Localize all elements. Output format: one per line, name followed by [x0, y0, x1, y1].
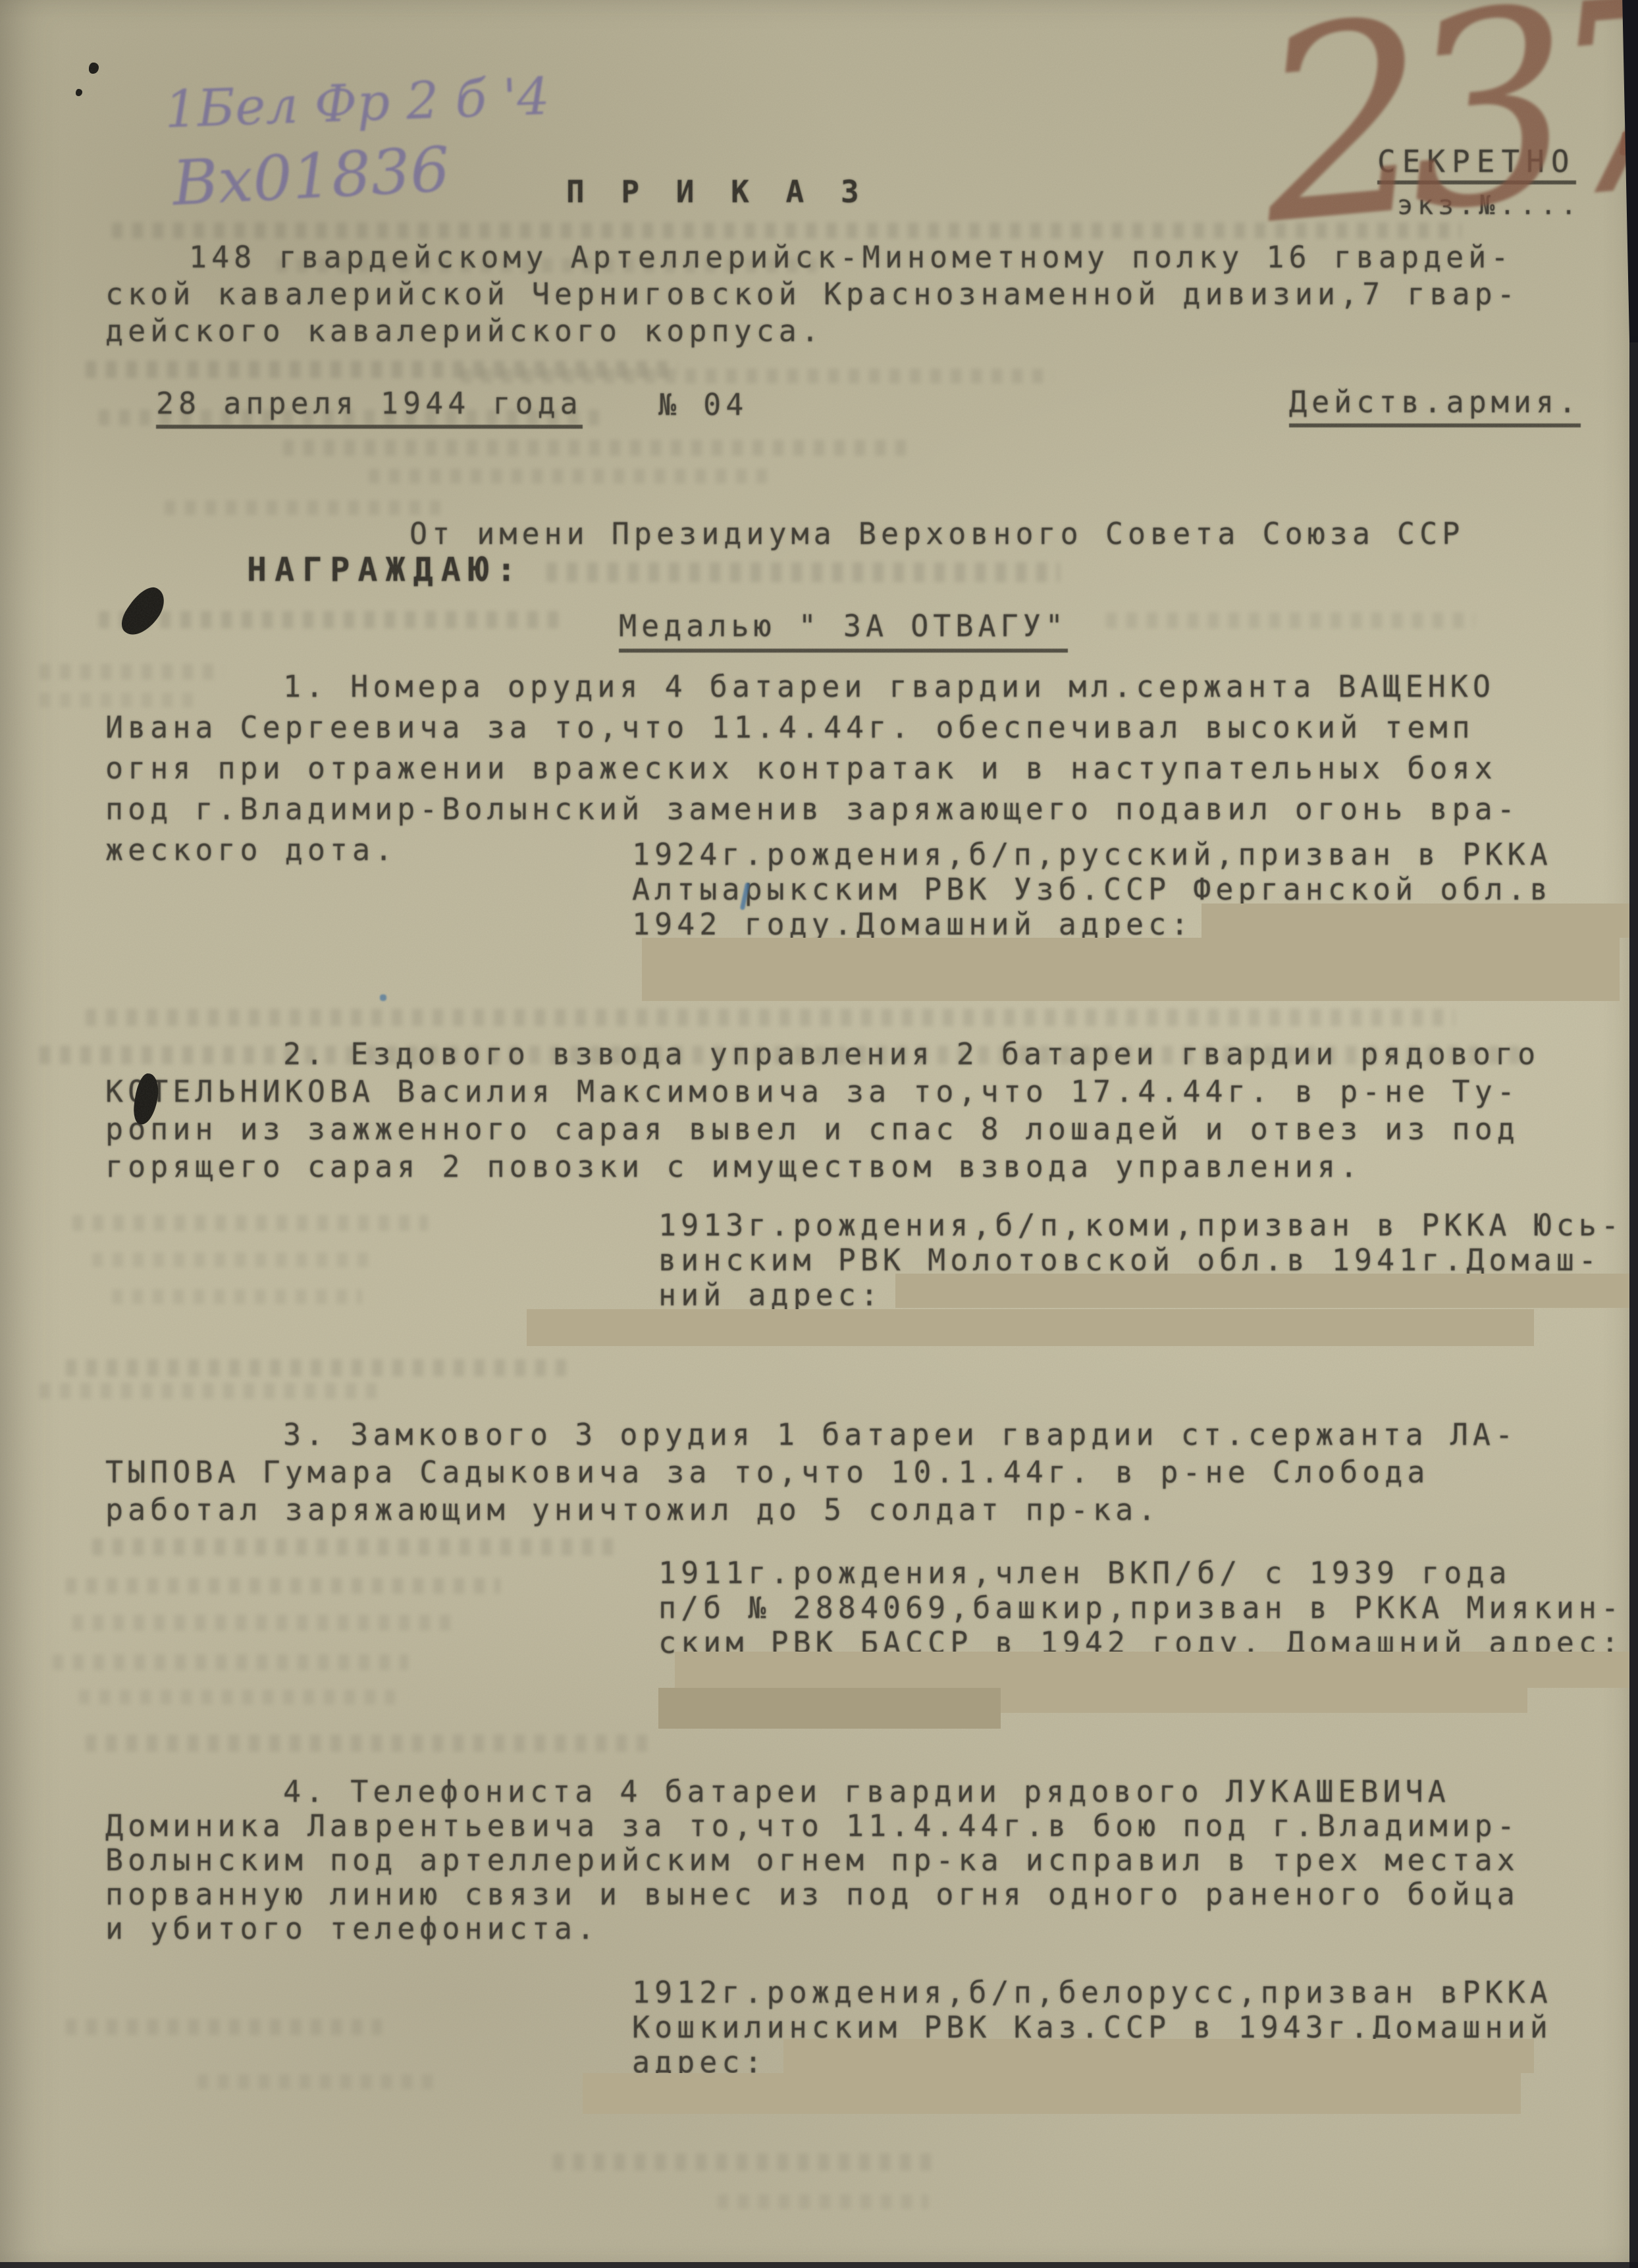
redaction-block: [642, 938, 1620, 1001]
item4-bio-line: Кошкилинским РВК Каз.ССР в 1943г.Домашни…: [632, 2012, 1552, 2042]
bleedthrough-text-smudge: [66, 1359, 566, 1376]
redaction-block: [583, 2073, 1521, 2114]
bleedthrough-text-smudge: [546, 562, 1060, 582]
item2-bio-line: винским РВК Молотовской обл.в 1941г.Дома…: [658, 1245, 1601, 1275]
item1-line: под г.Владимир-Волынский заменив заряжаю…: [105, 794, 1519, 824]
handwritten-page-number: 237: [1250, 0, 1638, 262]
item2-line: 2. Ездового взвода управления 2 батареи …: [283, 1039, 1540, 1069]
scan-edge-right: [1629, 336, 1638, 2268]
item4-bio-line: 1912г.рождения,б/п,белорусс,призван вРКК…: [632, 1978, 1552, 2007]
bleedthrough-text-smudge: [198, 2074, 435, 2089]
item3-line: ТЫПОВА Гумара Садыковича за то,что 10.1.…: [105, 1457, 1429, 1487]
item4-line: 4. Телефониста 4 батареи гвардии рядовог…: [283, 1777, 1450, 1806]
item4-line: и убитого телефониста.: [105, 1914, 599, 1943]
paper-hole: [89, 63, 99, 74]
addressee-line: ской кавалерийской Черниговской Краснозн…: [105, 279, 1519, 309]
item2-line: ропин из зажженного сарая вывел и спас 8…: [105, 1114, 1519, 1144]
redaction-block: [527, 1309, 1534, 1346]
redaction-block: [1001, 1688, 1527, 1713]
item1-line: огня при отражении вражеских контратак и…: [105, 753, 1497, 783]
document-page: 1Бел Фр 2 б '4 Вх01836 237 СЕКРЕТНО экз.…: [0, 0, 1638, 2268]
item4-line: Доминика Лаврентьевича за то,что 11.4.44…: [105, 1811, 1519, 1841]
item1-line: 1. Номера орудия 4 батареи гвардии мл.се…: [283, 672, 1495, 701]
bleedthrough-text-smudge: [369, 469, 777, 483]
bleedthrough-text-smudge: [165, 500, 441, 515]
bleedthrough-text-smudge: [66, 1578, 500, 1594]
order-number: № 04: [658, 390, 748, 419]
bleedthrough-text-smudge: [553, 2153, 935, 2171]
item2-bio-line: 1913г.рождения,б/п,коми,призван в РККА Ю…: [658, 1210, 1624, 1240]
bleedthrough-text-smudge: [86, 1009, 1455, 1026]
handwritten-incoming-number: Вх01836: [171, 139, 451, 215]
bleedthrough-text-smudge: [112, 1289, 362, 1304]
order-date: 28 апреля 1944 года: [156, 389, 583, 429]
handwritten-front-mark: 1Бел Фр 2 б '4: [164, 71, 550, 136]
item1-line: жеского дота.: [105, 835, 397, 865]
paper-hole: [76, 89, 82, 96]
scan-edge-bottom: [0, 2262, 1638, 2268]
item3-bio-line: п/б № 2884069,башкир,призван в РККА Мияк…: [658, 1593, 1624, 1623]
award-verb: НАГРАЖДАЮ:: [247, 553, 524, 586]
order-title: П Р И К А З: [566, 176, 868, 207]
item1-bio-line: 1924г.рождения,б/п,русский,призван в РКК…: [632, 840, 1552, 869]
item1-bio-line: 1942 году.Домашний адрес:: [632, 909, 1193, 939]
redaction-block: [675, 1652, 1638, 1688]
bleedthrough-text-smudge: [40, 1383, 382, 1399]
bleedthrough-text-smudge: [283, 440, 909, 456]
bleedthrough-text-smudge: [92, 1253, 369, 1267]
redaction-block: [1202, 904, 1638, 938]
item4-line: Волынским под артеллерийским огнем пр-ка…: [105, 1845, 1519, 1875]
bleedthrough-text-smudge: [72, 1615, 454, 1631]
medal-name: Медалью " ЗА ОТВАГУ": [619, 611, 1068, 653]
redaction-block: [895, 1274, 1638, 1308]
item2-line: КОТЕЛЬНИКОВА Василия Максимовича за то,ч…: [105, 1077, 1519, 1106]
bleedthrough-text-smudge: [53, 1654, 408, 1670]
item1-bio-line: Алтыарыкским РВК Узб.ССР Ферганской обл.…: [632, 875, 1552, 904]
item2-line: горящего сарая 2 повозки с имуществом вз…: [105, 1152, 1362, 1181]
item4-line: порванную линию связи и вынес из под огн…: [105, 1879, 1519, 1909]
bleedthrough-text-smudge: [99, 611, 560, 628]
army-note: Действ.армия.: [1289, 387, 1581, 427]
bleedthrough-text-smudge: [72, 1215, 428, 1231]
bleedthrough-text-smudge: [1106, 612, 1475, 628]
item3-line: 3. Замкового 3 орудия 1 батареи гвардии …: [283, 1420, 1518, 1449]
bleedthrough-text-smudge: [40, 664, 224, 680]
bleedthrough-text-smudge: [112, 223, 1462, 238]
redaction-block: [658, 1688, 1001, 1729]
bleedthrough-text-smudge: [66, 2019, 382, 2035]
preamble: От имени Президиума Верховного Совета Со…: [409, 519, 1464, 549]
item3-line: работал заряжающим уничтожил до 5 солдат…: [105, 1495, 1160, 1525]
bleedthrough-text-smudge: [86, 1735, 652, 1752]
bleedthrough-text-smudge: [461, 369, 1053, 383]
bleedthrough-text-smudge: [40, 693, 198, 707]
bleedthrough-text-smudge: [92, 1538, 619, 1555]
redaction-block: [783, 2039, 1534, 2073]
item1-line: Ивана Сергеевича за то,что 11.4.44г. обе…: [105, 713, 1475, 742]
item2-bio-line: ний адрес:: [658, 1280, 883, 1310]
item3-bio-line: 1911г.рождения,член ВКП/б/ с 1939 года: [658, 1558, 1512, 1588]
addressee-line: дейского кавалерийского корпуса.: [105, 316, 824, 346]
bleedthrough-text-smudge: [718, 2194, 928, 2209]
bleedthrough-text-smudge: [79, 1690, 395, 1704]
pen-mark: [380, 994, 386, 1001]
